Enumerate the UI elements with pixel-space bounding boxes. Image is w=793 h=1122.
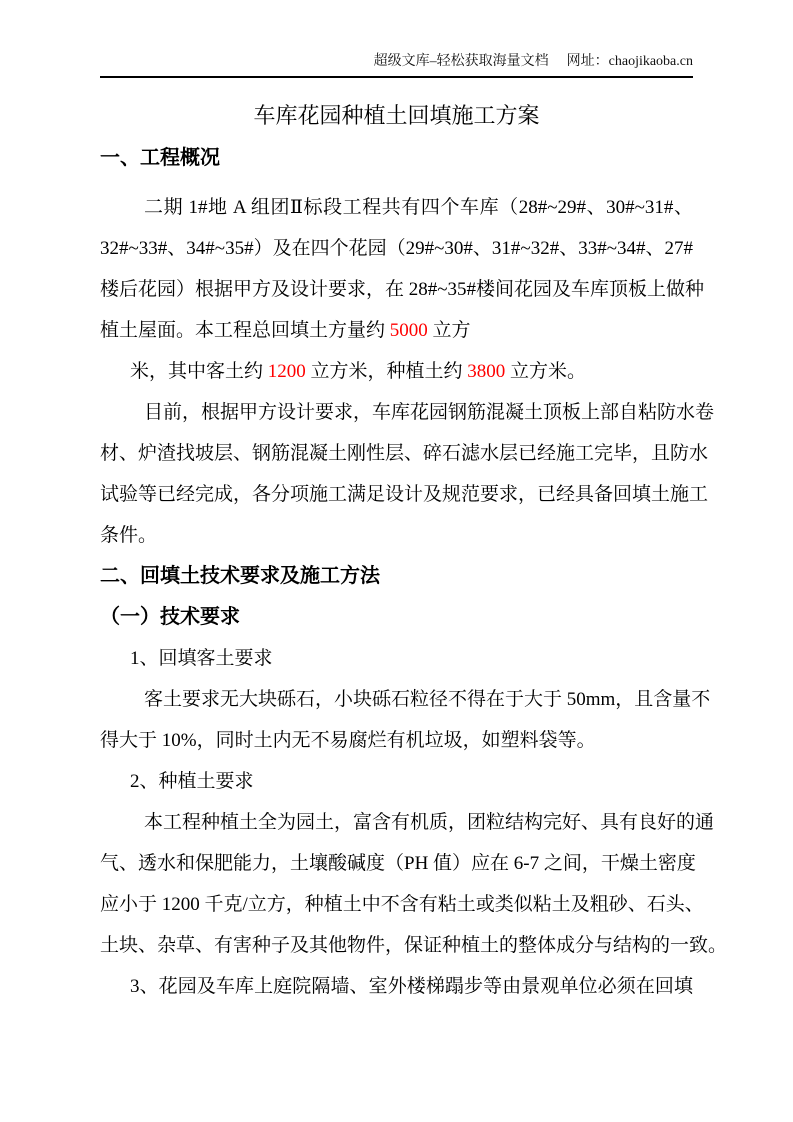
site-url[interactable]: 网址：chaojikaoba.cn (567, 54, 693, 69)
text-segment: 条件。 (100, 525, 157, 546)
paragraph-line: 3、花园及车库上庭院隔墙、室外楼梯蹋步等由景观单位必须在回填 (100, 966, 693, 1007)
text-segment: 1、回填客土要求 (130, 648, 273, 669)
paragraph-line: 32#~33#、34#~35#）及在四个花园（29#~30#、31#~32#、3… (100, 228, 693, 269)
text-segment: 材、炉渣找坡层、钢筋混凝土刚性层、碎石滤水层已经施工完毕，且防水 (100, 443, 708, 464)
sub-heading: （一）技术要求 (100, 597, 693, 638)
paragraph-line: 植土屋面。本工程总回填土方量约 5000 立方 (100, 310, 693, 351)
paragraph-line: 客土要求无大块砾石，小块砾石粒径不得在于大于 50mm，且含量不 (100, 679, 693, 720)
text-segment: 二、回填土技术要求及施工方法 (100, 565, 380, 587)
section-heading: 二、回填土技术要求及施工方法 (100, 556, 693, 597)
text-segment: 一、工程概况 (100, 147, 220, 169)
text-segment: 土块、杂草、有害种子及其他物件，保证种植土的整体成分与结构的一致。 (100, 935, 727, 956)
text-segment: 32#~33#、34#~35#）及在四个花园（29#~30#、31#~32#、3… (100, 238, 693, 259)
paragraph-line: 二期 1#地 A 组团Ⅱ标段工程共有四个车库（28#~29#、30#~31#、 (100, 187, 693, 228)
text-segment: 客土要求无大块砾石，小块砾石粒径不得在于大于 50mm，且含量不 (144, 689, 710, 710)
text-segment: 立方 (428, 320, 471, 341)
text-segment: 2、种植土要求 (130, 771, 254, 792)
paragraph-line: 土块、杂草、有害种子及其他物件，保证种植土的整体成分与结构的一致。 (100, 925, 693, 966)
page-header: 超级文库–轻松获取海量文档网址：chaojikaoba.cn (100, 0, 693, 78)
text-segment: 本工程种植土全为园土，富含有机质，团粒结构完好、具有良好的通 (144, 812, 714, 833)
text-segment: 二期 1#地 A 组团Ⅱ标段工程共有四个车库（28#~29#、30#~31#、 (144, 197, 693, 218)
paragraph-line: 材、炉渣找坡层、钢筋混凝土刚性层、碎石滤水层已经施工完毕，且防水 (100, 433, 693, 474)
text-segment: 立方米，种植土约 (306, 361, 468, 382)
highlighted-value: 3800 (467, 361, 505, 382)
header-divider (100, 76, 693, 78)
document-page: 超级文库–轻松获取海量文档网址：chaojikaoba.cn 车库花园种植土回填… (0, 0, 793, 1122)
site-brand: 超级文库–轻松获取海量文档 (374, 54, 549, 69)
paragraph-line: 气、透水和保肥能力，土壤酸碱度（PH 值）应在 6-7 之间，干燥土密度 (100, 843, 693, 884)
text-segment: 目前，根据甲方设计要求，车库花园钢筋混凝土顶板上部自粘防水卷 (144, 402, 714, 423)
paragraph-line: 试验等已经完成，各分项施工满足设计及规范要求，已经具备回填土施工 (100, 474, 693, 515)
text-segment: 得大于 10%，同时土内无不易腐烂有机垃圾，如塑料袋等。 (100, 730, 596, 751)
paragraph-line: 2、种植土要求 (100, 761, 693, 802)
highlighted-value: 1200 (268, 361, 306, 382)
paragraph-line: 目前，根据甲方设计要求，车库花园钢筋混凝土顶板上部自粘防水卷 (100, 392, 693, 433)
paragraph-line: 得大于 10%，同时土内无不易腐烂有机垃圾，如塑料袋等。 (100, 720, 693, 761)
text-segment: 应小于 1200 千克/立方，种植土中不含有粘土或类似粘土及粗砂、石头、 (100, 894, 704, 915)
paragraph-line: 1、回填客土要求 (100, 638, 693, 679)
text-segment: 楼后花园）根据甲方及设计要求，在 28#~35#楼间花园及车库顶板上做种 (100, 279, 704, 300)
paragraph-line: 米，其中客土约 1200 立方米，种植土约 3800 立方米。 (100, 351, 693, 392)
paragraph-line: 应小于 1200 千克/立方，种植土中不含有粘土或类似粘土及粗砂、石头、 (100, 884, 693, 925)
text-segment: 试验等已经完成，各分项施工满足设计及规范要求，已经具备回填土施工 (100, 484, 708, 505)
document-title: 车库花园种植土回填施工方案 (100, 94, 693, 138)
text-segment: 米，其中客土约 (130, 361, 268, 382)
section-heading: 一、工程概况 (100, 138, 693, 179)
paragraph-line: 本工程种植土全为园土，富含有机质，团粒结构完好、具有良好的通 (100, 802, 693, 843)
document-body: 一、工程概况二期 1#地 A 组团Ⅱ标段工程共有四个车库（28#~29#、30#… (100, 138, 693, 1007)
highlighted-value: 5000 (390, 320, 428, 341)
text-segment: （一）技术要求 (100, 606, 240, 628)
text-segment: 立方米。 (505, 361, 586, 382)
text-segment: 植土屋面。本工程总回填土方量约 (100, 320, 390, 341)
paragraph-line: 楼后花园）根据甲方及设计要求，在 28#~35#楼间花园及车库顶板上做种 (100, 269, 693, 310)
text-segment: 3、花园及车库上庭院隔墙、室外楼梯蹋步等由景观单位必须在回填 (130, 976, 693, 997)
paragraph-line: 条件。 (100, 515, 693, 556)
text-segment: 气、透水和保肥能力，土壤酸碱度（PH 值）应在 6-7 之间，干燥土密度 (100, 853, 696, 874)
header-text: 超级文库–轻松获取海量文档网址：chaojikaoba.cn (100, 52, 693, 72)
